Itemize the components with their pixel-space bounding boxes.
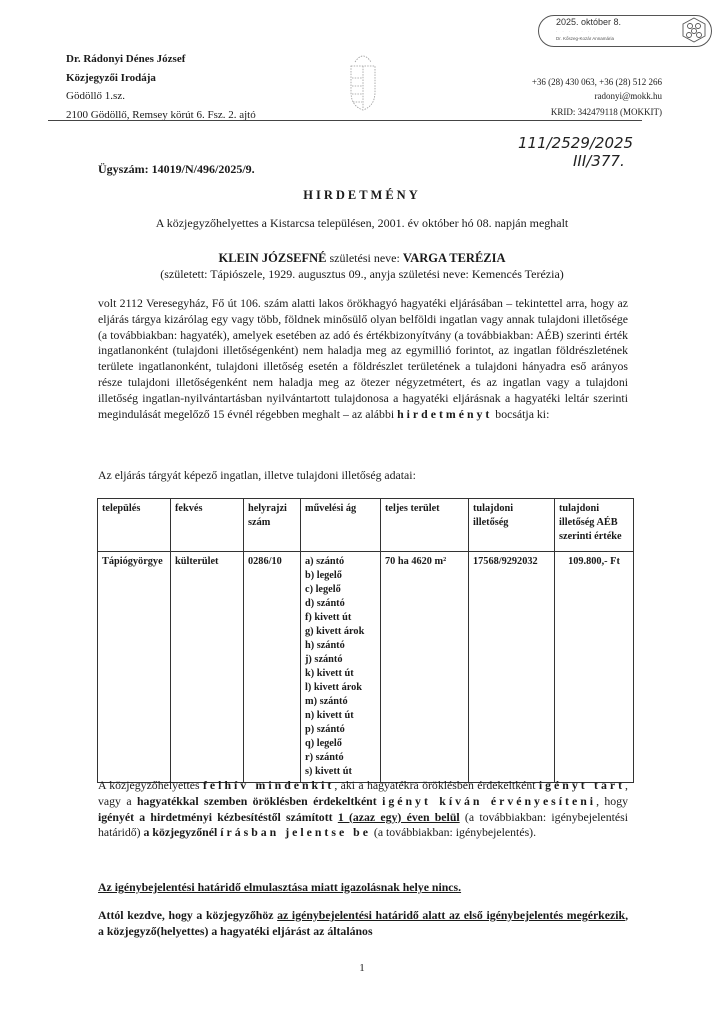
cell-illetoseg: 17568/9292032 — [469, 552, 555, 783]
cultivation-item: s) kivett út — [305, 765, 376, 779]
krid-id: KRID: 342479118 (MOKKIT) — [551, 107, 662, 117]
stamp-signer: Dr. Kőszeg-Kozár Annamária — [556, 36, 614, 41]
deceased-info: KLEIN JÓZSEFNÉ születési neve: VARGA TER… — [0, 250, 724, 282]
table-header-row: település fekvés helyrajzi szám művelési… — [98, 499, 634, 552]
cultivation-item: h) szántó — [305, 639, 376, 653]
office-address: 2100 Gödöllő, Remsey körút 6. Fsz. 2. aj… — [66, 106, 256, 125]
cultivation-item: f) kivett út — [305, 611, 376, 625]
office-name: Közjegyzői Irodája — [66, 69, 256, 88]
legal-paragraph-1: volt 2112 Veresegyház, Fő út 106. szám a… — [98, 296, 628, 422]
cell-ertek: 109.800,- Ft — [555, 552, 634, 783]
cell-terulet: 70 ha 4620 m² — [381, 552, 469, 783]
page-number: 1 — [0, 962, 724, 974]
document-title: HIRDETMÉNY — [0, 188, 724, 203]
cultivation-item: m) szántó — [305, 695, 376, 709]
cultivation-item: l) kivett árok — [305, 681, 376, 695]
legal-paragraph-3: Az igénybejelentési határidő elmulasztás… — [98, 880, 628, 896]
col-header: fekvés — [171, 499, 244, 552]
col-header: művelési ág — [301, 499, 381, 552]
cultivation-item: c) legelő — [305, 583, 376, 597]
seal-icon — [681, 17, 707, 43]
deceased-birth-name: VARGA TERÉZIA — [403, 251, 506, 265]
cultivation-item: q) legelő — [305, 737, 376, 751]
legal-paragraph-4: Attól kezdve, hogy a közjegyzőhöz az igé… — [98, 908, 628, 940]
cultivation-item: b) legelő — [305, 569, 376, 583]
emphasis-hirdetmenyt: hirdetményt — [397, 407, 492, 421]
col-header: tulajdoni illetőség AÉB szerinti értéke — [555, 499, 634, 552]
col-header: tulajdoni illetőség — [469, 499, 555, 552]
cell-fekves: külterület — [171, 552, 244, 783]
legal-paragraph-2: A közjegyzőhelyettes felhív mindenkit, a… — [98, 778, 628, 841]
cultivation-item: r) szántó — [305, 751, 376, 765]
handwritten-reference: 111/2529/2025 III/377. — [518, 134, 633, 170]
notary-name: Dr. Rádonyi Dénes József — [66, 50, 256, 69]
cell-telepules: Tápiógyörgye — [98, 552, 171, 783]
col-header: település — [98, 499, 171, 552]
header-divider — [48, 120, 642, 121]
phone-numbers: +36 (28) 430 063, +36 (28) 512 266 — [532, 75, 662, 89]
case-number: Ügyszám: 14019/N/496/2025/9. — [98, 162, 255, 177]
cultivation-item: n) kivett út — [305, 709, 376, 723]
intro-sentence: A közjegyzőhelyettes a Kistarcsa települ… — [0, 216, 724, 231]
cultivation-item: a) szántó — [305, 555, 376, 569]
deceased-name: KLEIN JÓZSEFNÉ — [218, 251, 326, 265]
property-table: település fekvés helyrajzi szám művelési… — [97, 498, 634, 783]
contact-info: +36 (28) 430 063, +36 (28) 512 266 radon… — [532, 75, 662, 103]
office-letterhead: Dr. Rádonyi Dénes József Közjegyzői Irod… — [66, 50, 256, 124]
stamp-date: 2025. október 8. — [556, 17, 621, 27]
cultivation-item: d) szántó — [305, 597, 376, 611]
office-district: Gödöllő 1.sz. — [66, 87, 256, 106]
col-header: teljes terület — [381, 499, 469, 552]
cultivation-item: g) kivett árok — [305, 625, 376, 639]
cultivation-item: j) szántó — [305, 653, 376, 667]
cell-hrsz: 0286/10 — [244, 552, 301, 783]
stamp-signature-line: · · · · · · · — [556, 29, 597, 34]
cell-muvelesi-ag: a) szántób) legelőc) legelőd) szántóf) k… — [301, 552, 381, 783]
cultivation-list: a) szántób) legelőc) legelőd) szántóf) k… — [305, 555, 376, 779]
deceased-details: (született: Tápiószele, 1929. augusztus … — [0, 266, 724, 282]
cultivation-item: p) szántó — [305, 723, 376, 737]
handwritten-line-2: III/377. — [518, 152, 633, 170]
table-row: Tápiógyörgye külterület 0286/10 a) szánt… — [98, 552, 634, 783]
col-header: helyrajzi szám — [244, 499, 301, 552]
cultivation-item: k) kivett út — [305, 667, 376, 681]
email: radonyi@mokk.hu — [532, 89, 662, 103]
birth-name-label: születési neve: — [330, 251, 400, 265]
table-intro: Az eljárás tárgyát képező ingatlan, ille… — [98, 468, 628, 484]
coat-of-arms-icon — [345, 48, 381, 112]
handwritten-line-1: 111/2529/2025 — [518, 134, 633, 152]
